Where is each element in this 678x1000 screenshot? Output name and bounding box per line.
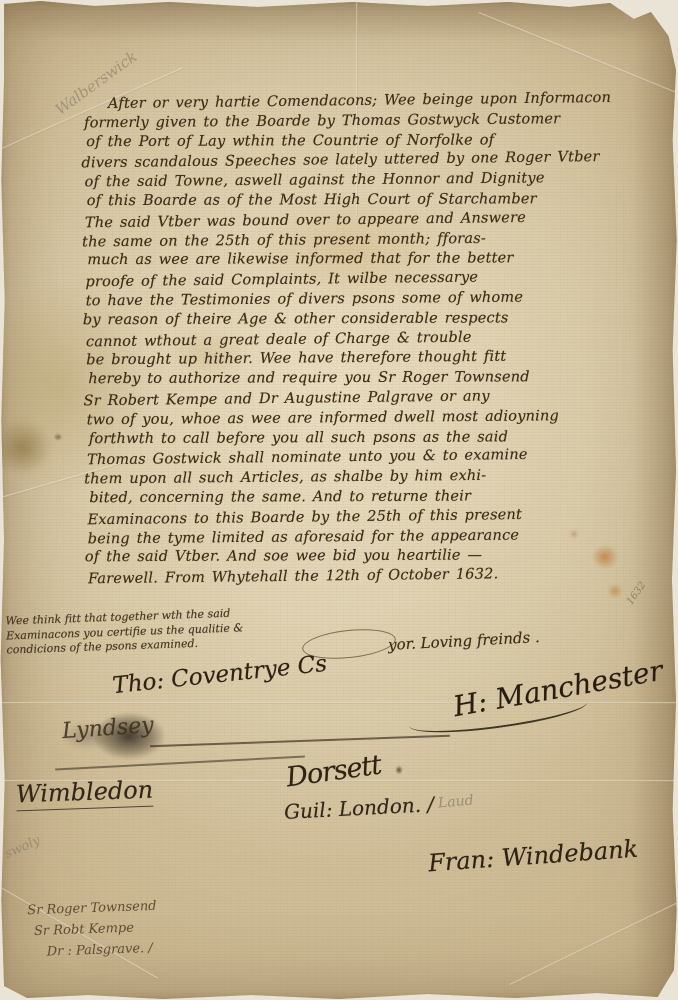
- pencil-annotation-laud: Laud: [437, 792, 474, 811]
- signature-blotted: Lyndsey: [61, 713, 154, 744]
- paper-edge-shadow-top: [0, 0, 678, 40]
- docket-names: Sr Roger Townsend Sr Robt Kempe Dr : Pal…: [27, 896, 158, 963]
- margin-note: Wee think fitt that together wth the sai…: [5, 605, 266, 658]
- letter-body: After or very hartie Comendacons; Wee be…: [84, 90, 628, 590]
- signature-windebank: Fran: Windebank: [427, 835, 639, 878]
- paper-sheet: Walberswick swoly After or very hartie C…: [0, 0, 678, 1000]
- closing-salutation: yor. Loving freinds .: [388, 628, 540, 654]
- body-line: Farewell. From Whytehall the 12th of Oct…: [88, 564, 628, 590]
- signature-coventry: Tho: Coventrye Cs: [111, 651, 328, 699]
- signature-wimbledon: Wimbledon: [16, 776, 154, 812]
- pen-stroke: [150, 735, 450, 747]
- paper-edge-shadow-right: [632, 0, 678, 1000]
- docket-name: Dr : Palsgrave. /: [46, 938, 158, 963]
- pen-stroke: [55, 755, 305, 770]
- manuscript-scan: Walberswick swoly After or very hartie C…: [0, 0, 678, 1000]
- ink-spot: [52, 432, 64, 442]
- docket-name: Sr Roger Townsend: [27, 896, 157, 921]
- pencil-annotation-left-margin: swoly: [3, 833, 43, 862]
- signature-bishop-of-london: Guil: London. /: [283, 792, 434, 824]
- ink-spot: [394, 764, 404, 776]
- dark-stain: [0, 420, 52, 475]
